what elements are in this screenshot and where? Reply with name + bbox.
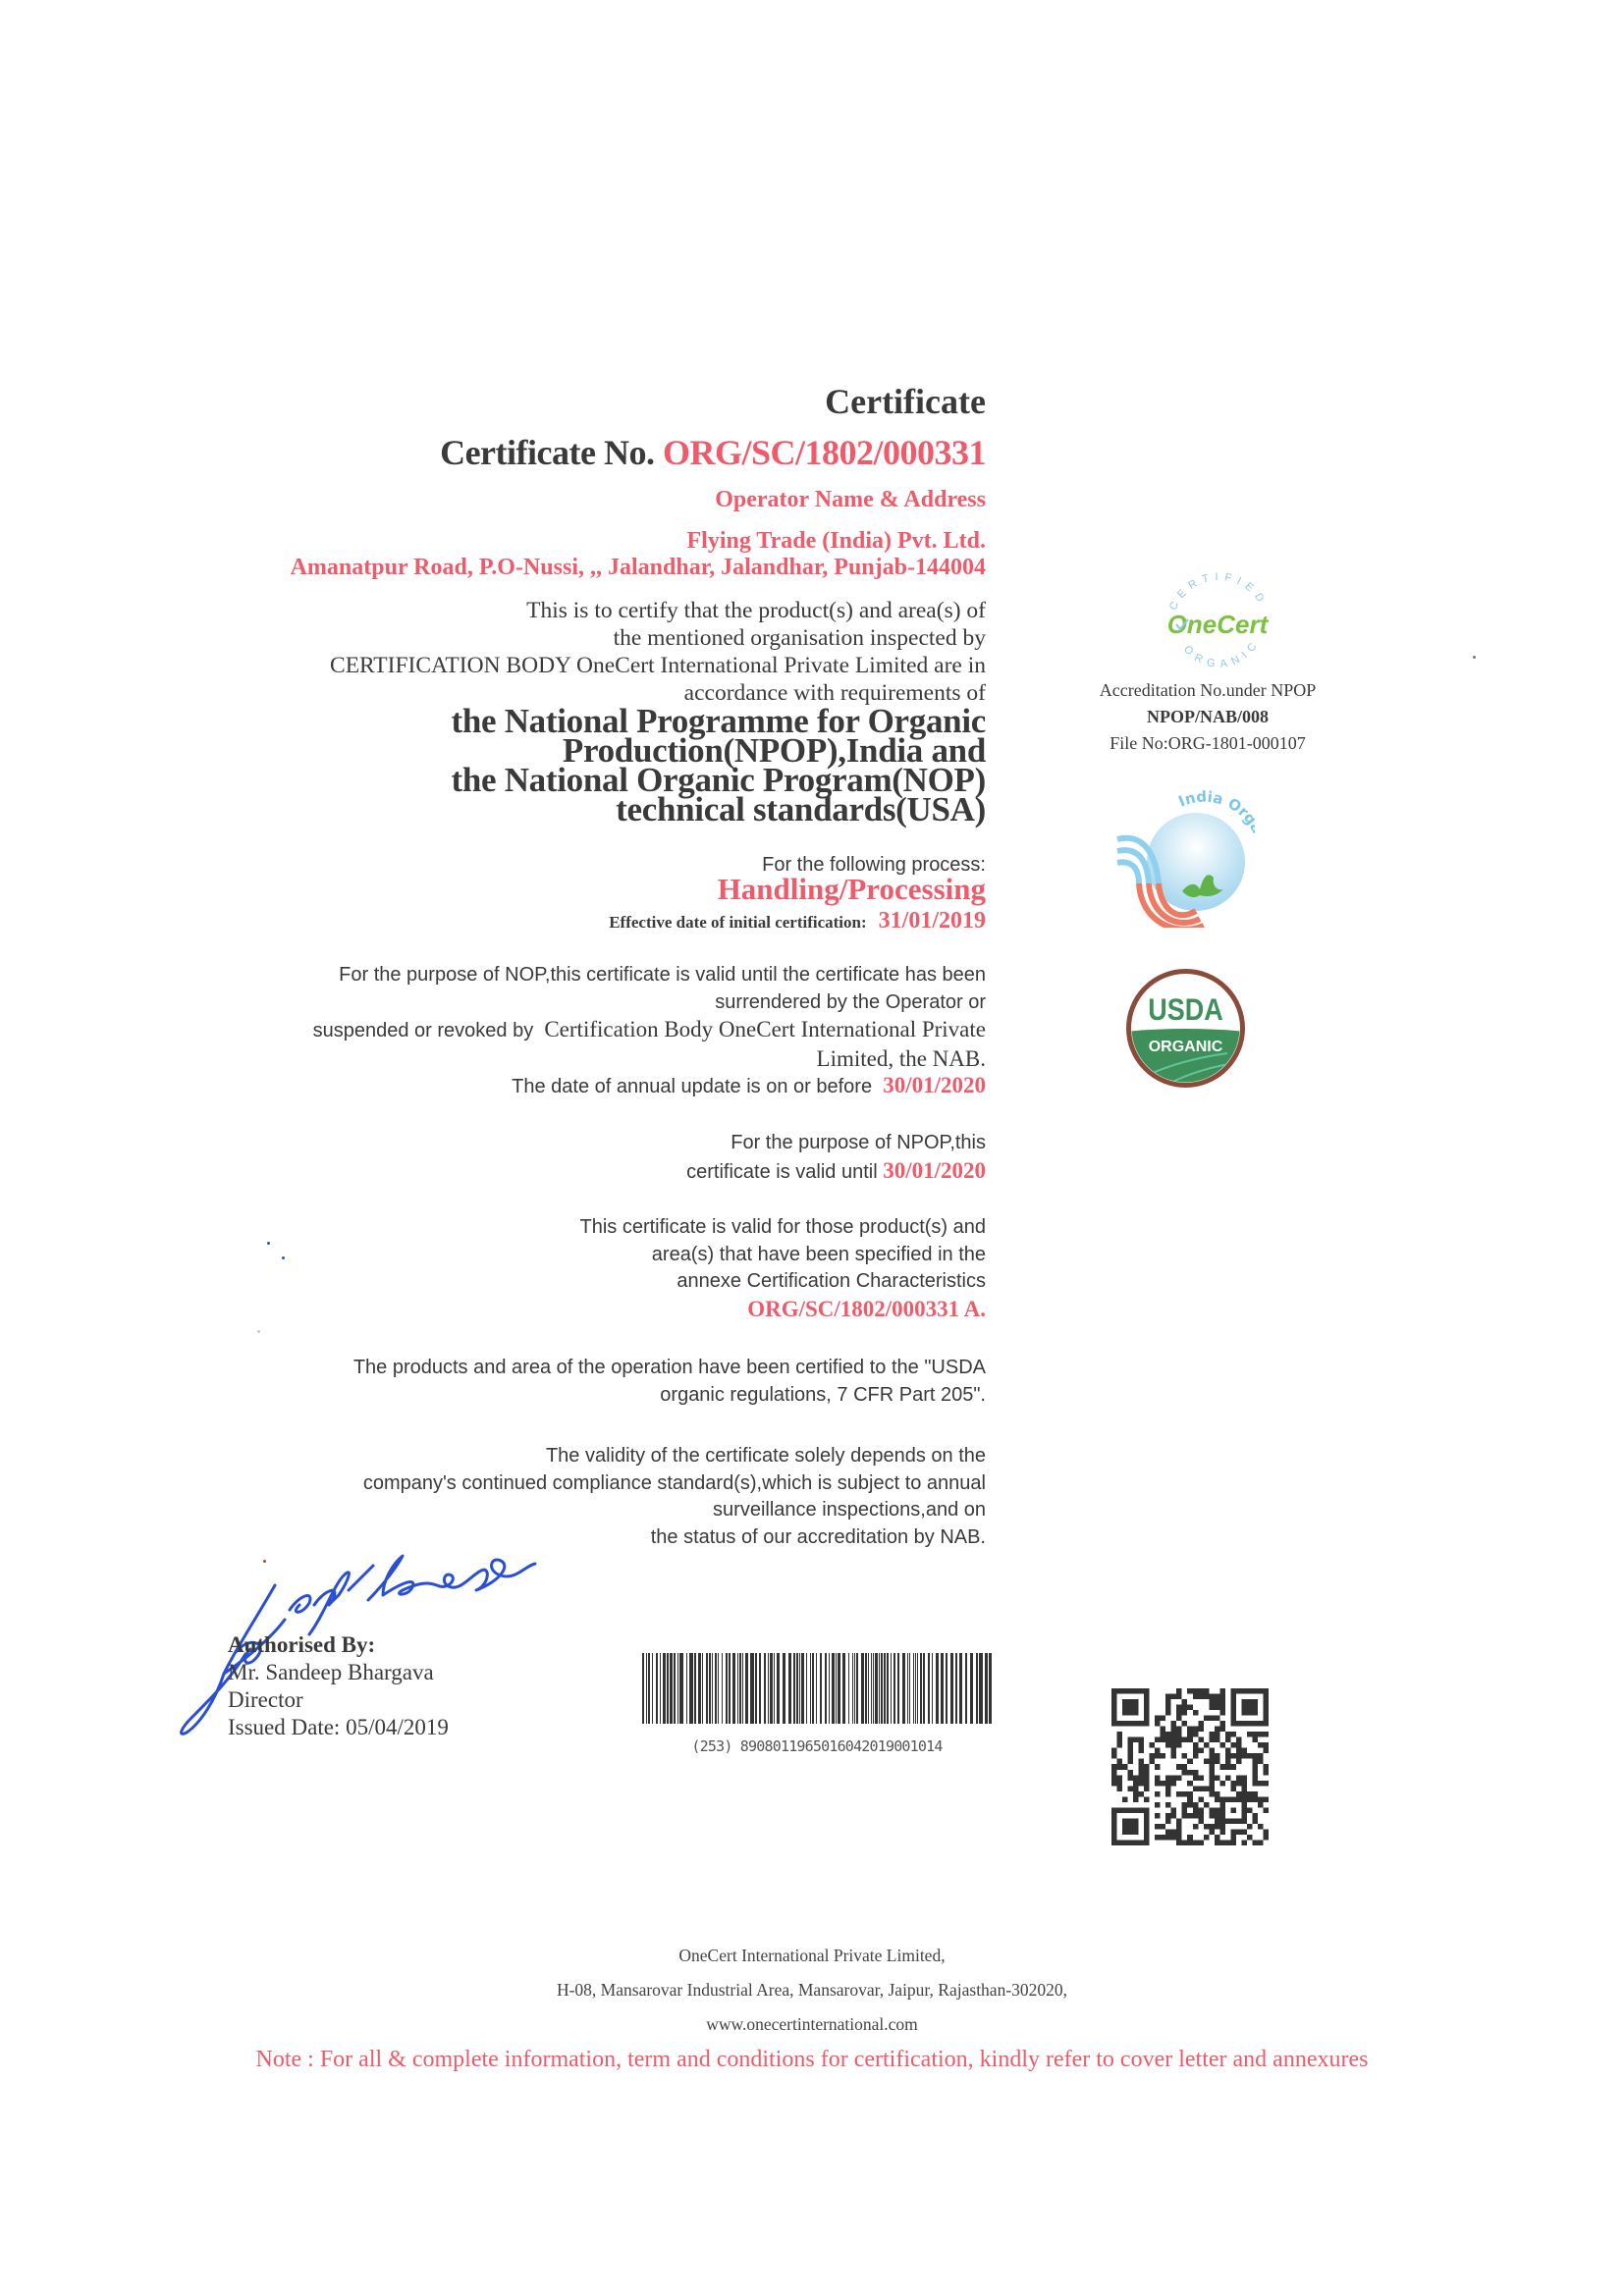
issued-date: Issued Date: 05/04/2019 (228, 1714, 449, 1741)
scan-speck (263, 1560, 266, 1563)
certify-line: This is to certify that the product(s) a… (4, 597, 986, 624)
nop-validity-paragraph: For the purpose of NOP,this certificate … (4, 962, 986, 1101)
usda-organic-seal: USDA ORGANIC (1124, 967, 1247, 1090)
standards-line: technical standards(USA) (4, 795, 986, 825)
authorised-by-label: Authorised By: (228, 1631, 449, 1659)
usda-text: USDA (1148, 993, 1222, 1027)
certify-line: CERTIFICATION BODY OneCert International… (4, 652, 986, 679)
scope-line: annexe Certification Characteristics (4, 1268, 986, 1296)
scope-paragraph: This certificate is valid for those prod… (4, 1214, 986, 1322)
scan-speck (1473, 656, 1476, 659)
validity-line: surveillance inspections,and on (4, 1497, 986, 1524)
file-number: File No:ORG-1801-000107 (1060, 730, 1355, 757)
onecert-certified-organic-logo: CERTIFIED ORGANIC OneCert (1139, 560, 1296, 677)
process-value: Handling/Processing (4, 872, 986, 907)
annex-reference: ORG/SC/1802/000331 A. (4, 1296, 986, 1323)
certificate-heading: Certificate (4, 381, 986, 422)
effective-date-line: Effective date of initial certification:… (4, 908, 986, 934)
usda-statement-line: The products and area of the operation h… (4, 1355, 986, 1382)
logo-arc-top: CERTIFIED (1167, 571, 1270, 613)
footer-company: OneCert International Private Limited, (0, 1939, 1624, 1973)
footer: OneCert International Private Limited, H… (0, 1939, 1624, 2042)
npop-validity-paragraph: For the purpose of NPOP,this certificate… (4, 1130, 986, 1186)
npop-line: certificate is valid until 30/01/2020 (4, 1157, 986, 1187)
scope-line: area(s) that have been specified in the (4, 1242, 986, 1269)
operator-label: Operator Name & Address (4, 487, 986, 513)
authorisation-block: Authorised By: Mr. Sandeep Bhargava Dire… (228, 1631, 449, 1741)
annual-update-date: 30/01/2020 (883, 1073, 986, 1097)
annual-update-label: The date of annual update is on or befor… (512, 1076, 872, 1097)
certificate-number: ORG/SC/1802/000331 (663, 433, 986, 472)
accreditation-block: Accreditation No.under NPOP NPOP/NAB/008… (1060, 677, 1355, 757)
nop-line: surrendered by the Operator or (4, 989, 986, 1017)
barcode-text: (253) 8908011965016042019001014 (642, 1737, 992, 1755)
authoriser-role: Director (228, 1686, 449, 1714)
effective-date: 31/01/2019 (879, 908, 986, 934)
scope-line: This certificate is valid for those prod… (4, 1214, 986, 1242)
svg-text:CERTIFIED: CERTIFIED (1167, 571, 1270, 613)
validity-line: The validity of the certificate solely d… (4, 1443, 986, 1470)
barcode (642, 1653, 992, 1724)
logo-brand: OneCert (1167, 610, 1270, 639)
nop-line-part: Certification Body OneCert International… (544, 1017, 986, 1041)
scan-speck (282, 1256, 285, 1259)
certify-paragraph: This is to certify that the product(s) a… (4, 597, 986, 707)
certificate-number-label: Certificate No. (440, 433, 654, 472)
logo-arc-bottom: ORGANIC (1181, 636, 1263, 670)
footer-note: Note : For all & complete information, t… (0, 2047, 1624, 2073)
qr-code (1111, 1688, 1269, 1845)
svg-text:ORGANIC: ORGANIC (1181, 636, 1263, 670)
footer-website[interactable]: www.onecertinternational.com (0, 2007, 1624, 2042)
scan-speck (267, 1242, 270, 1245)
accreditation-label: Accreditation No.under NPOP (1060, 677, 1355, 704)
organic-text: ORGANIC (1149, 1039, 1223, 1055)
scan-speck (257, 1330, 260, 1333)
validity-line: company's continued compliance standard(… (4, 1470, 986, 1498)
footer-address: H-08, Mansarovar Industrial Area, Mansar… (0, 1973, 1624, 2007)
certify-line: the mentioned organisation inspected by (4, 624, 986, 652)
nop-line: Limited, the NAB. (4, 1045, 986, 1073)
npop-valid-label: certificate is valid until (686, 1161, 878, 1183)
usda-statement: The products and area of the operation h… (4, 1355, 986, 1409)
operator-address: Amanatpur Road, P.O-Nussi, ,, Jalandhar,… (4, 555, 986, 581)
certificate-number-line: Certificate No. ORG/SC/1802/000331 (4, 432, 986, 473)
nop-line-part: suspended or revoked by (313, 1020, 534, 1041)
operator-name: Flying Trade (India) Pvt. Ltd. (4, 528, 986, 555)
accreditation-number: NPOP/NAB/008 (1060, 704, 1355, 730)
npop-valid-until: 30/01/2020 (883, 1158, 986, 1183)
nop-line: The date of annual update is on or befor… (4, 1072, 986, 1101)
nop-line: suspended or revoked by Certification Bo… (4, 1016, 986, 1045)
authoriser-name: Mr. Sandeep Bhargava (228, 1659, 449, 1686)
nop-line: For the purpose of NOP,this certificate … (4, 962, 986, 989)
india-organic-logo: India Organic (1098, 785, 1255, 928)
npop-line: For the purpose of NPOP,this (4, 1130, 986, 1157)
effective-date-label: Effective date of initial certification: (609, 913, 866, 932)
usda-statement-line: organic regulations, 7 CFR Part 205". (4, 1382, 986, 1410)
standards-block: the National Programme for Organic Produ… (4, 707, 986, 825)
